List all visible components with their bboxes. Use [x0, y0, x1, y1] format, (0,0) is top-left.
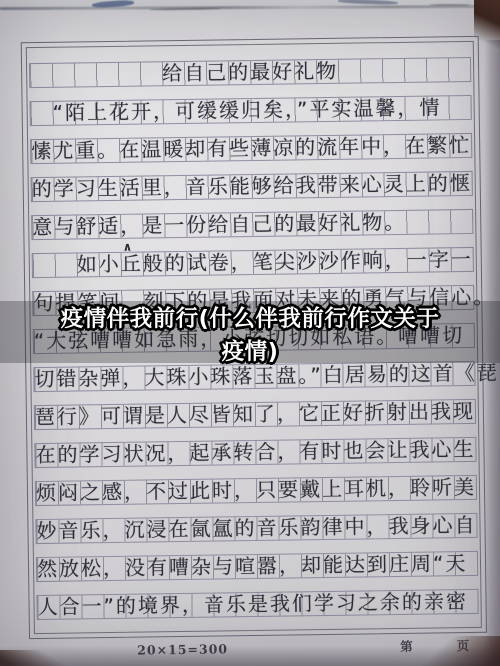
essay-title: 给自己的最好礼物	[30, 56, 338, 90]
pencil-smudge	[430, 4, 470, 6]
photo-background: 给自己的最好礼物 “陌上花开，可缓缓归矣，”平实温馨，情 愫尤重。在温暖却有些薄…	[0, 0, 500, 666]
essay-line: 在的学习状况，起承转合，有时也会让我心生	[34, 437, 476, 468]
essay-line: 意与舒适，是一份给自己的最好礼物。	[31, 209, 473, 240]
essay-line: 烦闷之感，不过此时，只要戴上耳机，聆听美	[35, 475, 477, 506]
essay-line: 妙音乐，沉浸在氤氲的音乐韵律中，我身心自	[35, 513, 477, 544]
essay-line: ∧ 如小丘般的试卷，笔尖沙沙作响，一字一	[32, 247, 474, 278]
article-title-line1: 疫情伴我前行(什么伴我前行作文关于	[0, 303, 500, 336]
essay-line: 然放松，没有嘈杂与喧嚣，却能达到庄周“天	[36, 551, 478, 582]
paper-bottom-edge-shadow	[0, 646, 500, 666]
article-title-line2: 疫情)	[0, 336, 500, 369]
essay-line: 的学习生活里，音乐能够给我带来心灵上的惬	[31, 171, 473, 202]
essay-line: 愫尤重。在温暖却有些薄凉的流年中，在繁忙	[30, 133, 472, 164]
essay-line: 琶行》可谓是人尽皆知了，它正好折射出我现	[34, 399, 476, 430]
blue-pen-mark	[338, 0, 398, 5]
essay-line: 人合一”的境界，音乐是我们学习之余的亲密	[36, 589, 478, 620]
article-title-overlay: 疫情伴我前行(什么伴我前行作文关于 疫情)	[0, 303, 500, 369]
essay-title-row: 给自己的最好礼物	[29, 57, 471, 88]
pencil-smudge	[150, 7, 220, 10]
essay-line: “陌上花开，可缓缓归矣，”平实温馨，情	[30, 95, 472, 126]
